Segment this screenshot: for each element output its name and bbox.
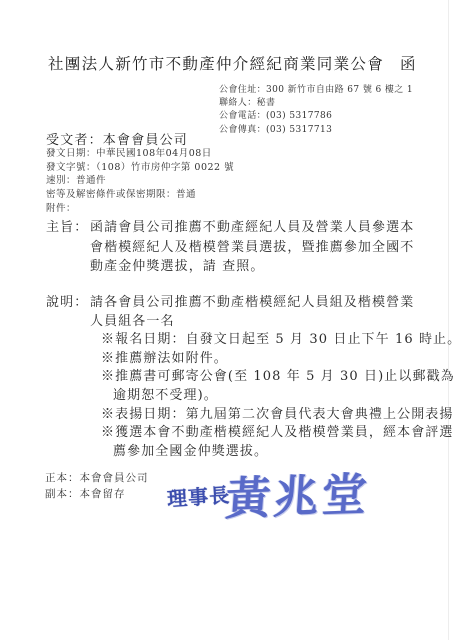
contact-block: 公會住址：300 新竹市自由路 67 號 6 樓之 1 聯絡人：秘書 公會電話：… <box>219 84 413 137</box>
subject-body: 函請會員公司推薦不動產經紀人員及營業人員參選本 會楷模經紀人及楷模營業員選拔，暨… <box>90 218 414 277</box>
explanation-line: ※報名日期：自發文日起至 5 月 30 日止下午 16 時止。 <box>90 331 453 350</box>
meta-block: 發文日期：中華民國108年04月08日 發文字號：（108）竹市房仲字第 002… <box>46 147 234 216</box>
scanned-letter-page: 社團法人新竹市不動產仲介經紀商業同業公會函 公會住址：300 新竹市自由路 67… <box>0 0 453 640</box>
original-copy-line: 正本：本會會員公司 <box>45 471 149 487</box>
association-fax: 公會傳真：(03) 5317713 <box>219 124 413 137</box>
letter-type-label: 函 <box>400 55 417 73</box>
explanation-line: ※推薦辦法如附件。 <box>90 350 453 369</box>
association-phone: 公會電話：(03) 5317786 <box>219 110 413 123</box>
speed-line: 速別：普通件 <box>46 174 234 188</box>
explanation-line: ※獲選本會不動產楷模經紀人及楷模營業員，經本會評選推 <box>90 424 453 443</box>
subject-label: 主旨： <box>46 218 90 277</box>
association-address: 公會住址：300 新竹市自由路 67 號 6 樓之 1 <box>219 84 413 97</box>
issue-date-line: 發文日期：中華民國108年04月08日 <box>46 147 234 161</box>
letter-title: 社團法人新竹市不動產仲介經紀商業同業公會函 <box>48 52 417 74</box>
association-name: 社團法人新竹市不動產仲介經紀商業同業公會 <box>48 55 384 73</box>
attachment-line: 附件： <box>46 202 234 216</box>
duplicate-copy-line: 副本：本會留存 <box>45 487 149 503</box>
copies-block: 正本：本會會員公司 副本：本會留存 <box>45 471 149 502</box>
subject-line: 函請會員公司推薦不動產經紀人員及營業人員參選本 <box>90 218 414 238</box>
doc-number-line: 發文字號：（108）竹市房仲字第 0022 號 <box>46 161 234 175</box>
explanation-body: 請各會員公司推薦不動產楷模經紀人員組及楷模營業 人員組各一名 ※報名日期：自發文… <box>90 294 453 461</box>
explanation-section: 說明： 請各會員公司推薦不動產楷模經紀人員組及楷模營業 人員組各一名 ※報名日期… <box>46 294 453 461</box>
explanation-line: 人員組各一名 <box>90 313 453 332</box>
explanation-line: 請各會員公司推薦不動產楷模經紀人員組及楷模營業 <box>90 294 453 313</box>
contact-person: 聯絡人：秘書 <box>219 97 413 110</box>
security-line: 密等及解密條件或保密期限：普通 <box>46 188 234 202</box>
explanation-line: ※表揚日期：第九屆第二次會員代表大會典禮上公開表揚 <box>90 406 453 425</box>
recipient-line: 受文者：本會會員公司 <box>46 129 188 148</box>
subject-section: 主旨： 函請會員公司推薦不動產經紀人員及營業人員參選本 會楷模經紀人及楷模營業員… <box>46 218 414 277</box>
explanation-line: 薦參加全國金仲獎選拔。 <box>90 443 453 462</box>
chairman-title-stamp: 理事長 <box>166 479 231 512</box>
subject-line: 會楷模經紀人及楷模營業員選拔，暨推薦參加全國不 <box>90 238 414 258</box>
chairman-signature: 黃兆堂 <box>224 457 372 527</box>
explanation-line: 逾期恕不受理)。 <box>90 387 453 406</box>
explanation-label: 說明： <box>46 294 90 461</box>
subject-line: 動產金仲獎選拔，請 查照。 <box>90 257 414 277</box>
explanation-line: ※推薦書可郵寄公會(至 108 年 5 月 30 日)止以郵戳為憑， <box>90 368 453 387</box>
